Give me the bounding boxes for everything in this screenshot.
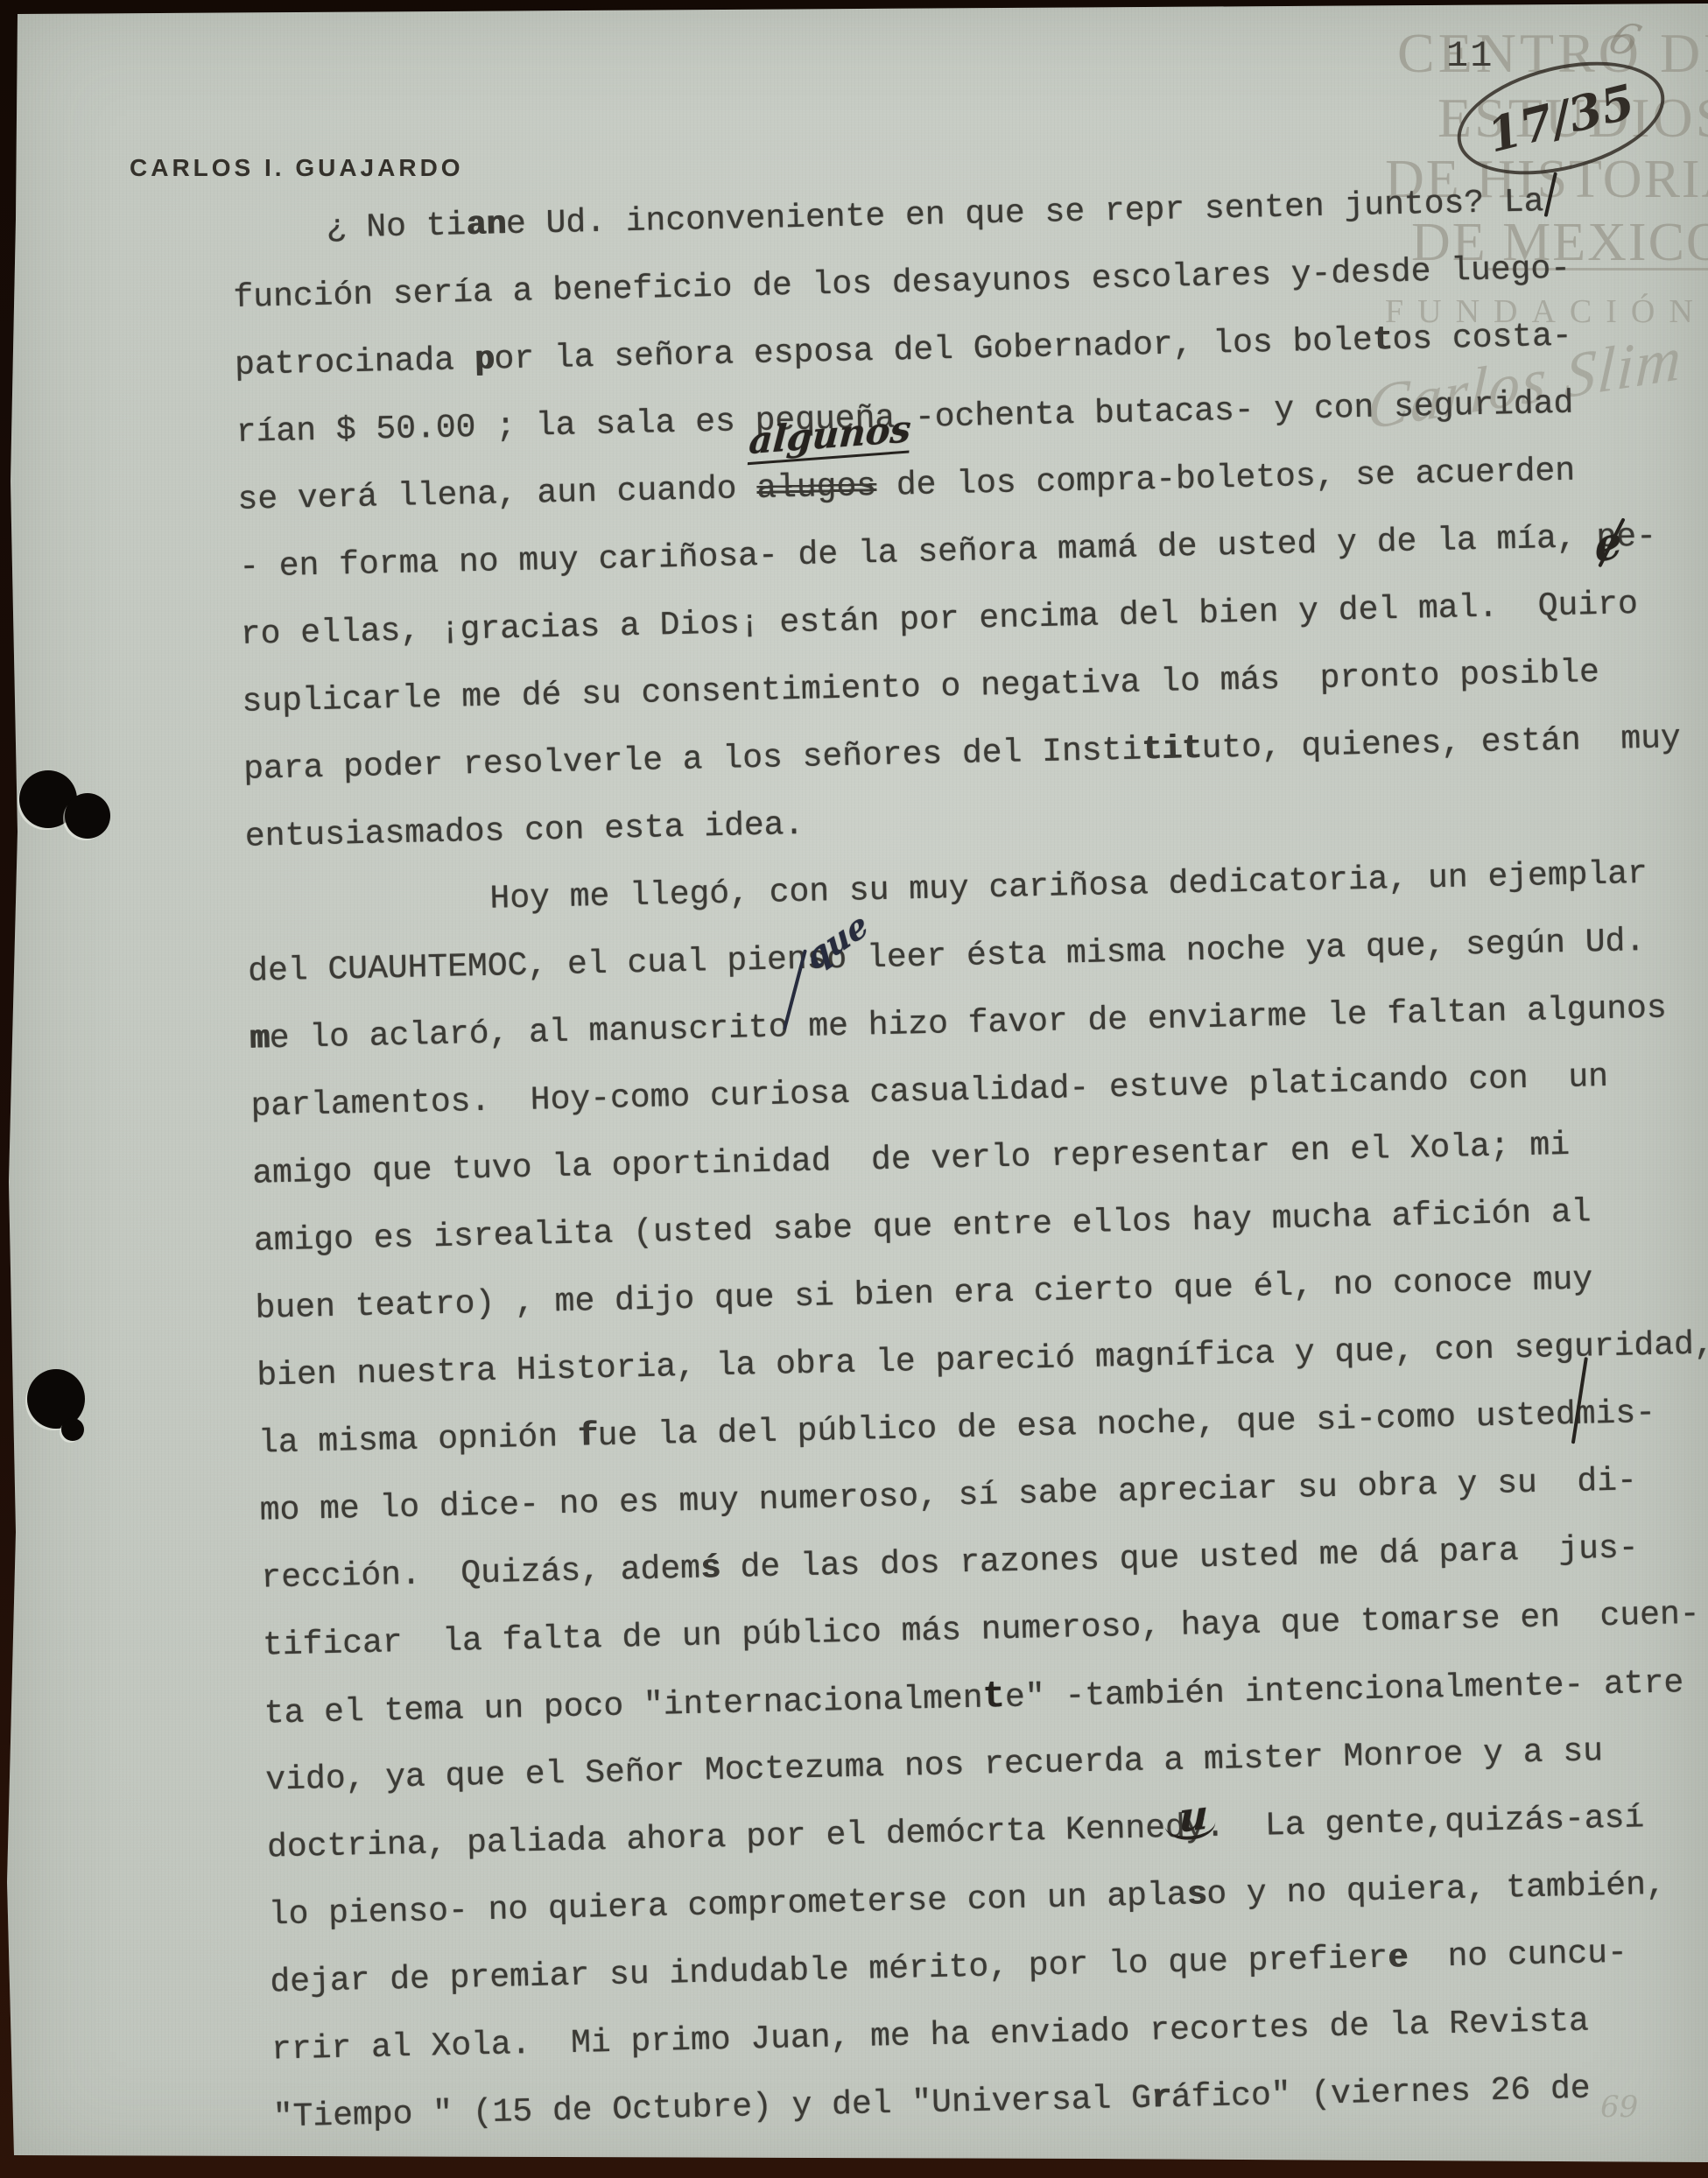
typed-segment-xx: alugos: [756, 467, 877, 508]
scan-canvas: CENTRO DE ESTUDIOS DE HISTORIA DE MEXICO…: [0, 0, 1708, 2178]
typed-segment: os costa-: [1392, 318, 1572, 359]
typed-segment: ue la del público de esa noche, que si-c…: [597, 1395, 1655, 1455]
typed-segment-overstrike: e: [1388, 1939, 1409, 1977]
hole-punch: [61, 1418, 84, 1441]
typed-segment: para poder resolverle a los señores del …: [243, 731, 1142, 788]
typed-segment: rección. Quizás, adem: [261, 1550, 701, 1598]
typed-segment: dejar de premiar su indudable mérito, po…: [270, 1940, 1388, 2002]
typed-segment: entusiasmados con esta idea.: [244, 806, 804, 856]
typed-segment: e Ud. inconveniente en que se repr sente…: [506, 183, 1544, 243]
typed-segment-overstrike: an: [466, 206, 507, 244]
typed-segment: de las dos razones que usted me dá para …: [720, 1529, 1639, 1587]
letter-page: CENTRO DE ESTUDIOS DE HISTORIA DE MEXICO…: [0, 0, 1708, 2178]
typed-segment: ¿ No ti: [326, 207, 467, 247]
typed-segment: patrocinada: [235, 341, 475, 384]
typed-segment: la misma opnión: [258, 1418, 579, 1463]
typed-segment-overstrike: t: [1372, 321, 1393, 359]
typed-segment-overstrike: m: [250, 1020, 271, 1057]
typed-segment-overstrike: r: [1151, 2079, 1172, 2117]
typed-segment: áfico" (viernes 26 de: [1170, 2070, 1591, 2117]
typed-segment: ta el tema un poco "internacionalmen: [264, 1680, 983, 1733]
typed-segment-overstrike: ś: [700, 1549, 721, 1587]
typed-segment: uto, quienes, están muy: [1201, 720, 1681, 768]
page-number: 11: [1446, 35, 1494, 77]
typed-segment: Hoy me llegó, con su muy cariñosa dedica…: [489, 855, 1648, 918]
typed-segment-overstrike: p: [474, 341, 495, 378]
typed-lines: ¿ No tiane Ud. inconveniente en que se r…: [231, 164, 1708, 2151]
typed-segment: e" -también intencionalmente- atre: [1005, 1664, 1684, 1717]
typed-segment: lo pienso- no quiera comprometerse con u…: [268, 1877, 1187, 1935]
letterhead: CARLOS I. GUAJARDO: [130, 154, 464, 182]
typed-segment-overstrike: tit: [1142, 730, 1202, 769]
typed-segment-overstrike: s: [1186, 1876, 1207, 1914]
typed-segment: o y no quiera, también,: [1206, 1866, 1666, 1914]
typed-segment: de los compra-boletos, se acuerden: [876, 453, 1576, 505]
typed-segment: or la señora esposa del Gobernador, los …: [494, 322, 1373, 379]
typed-segment: se verá llena, aun cuando: [237, 470, 757, 519]
typed-segment: no cuncu-: [1408, 1935, 1628, 1977]
hole-punch: [65, 793, 110, 839]
pencil-69: 69: [1600, 2092, 1638, 2122]
typed-letter-body: ¿ No tiane Ud. inconveniente en que se r…: [231, 164, 1708, 2151]
typed-segment-hw: t: [982, 1676, 1006, 1718]
typed-segment: "Tiempo " (15 de Octubre) y del "Univers…: [272, 2080, 1151, 2137]
typed-segment-overstrike: f: [577, 1417, 598, 1455]
